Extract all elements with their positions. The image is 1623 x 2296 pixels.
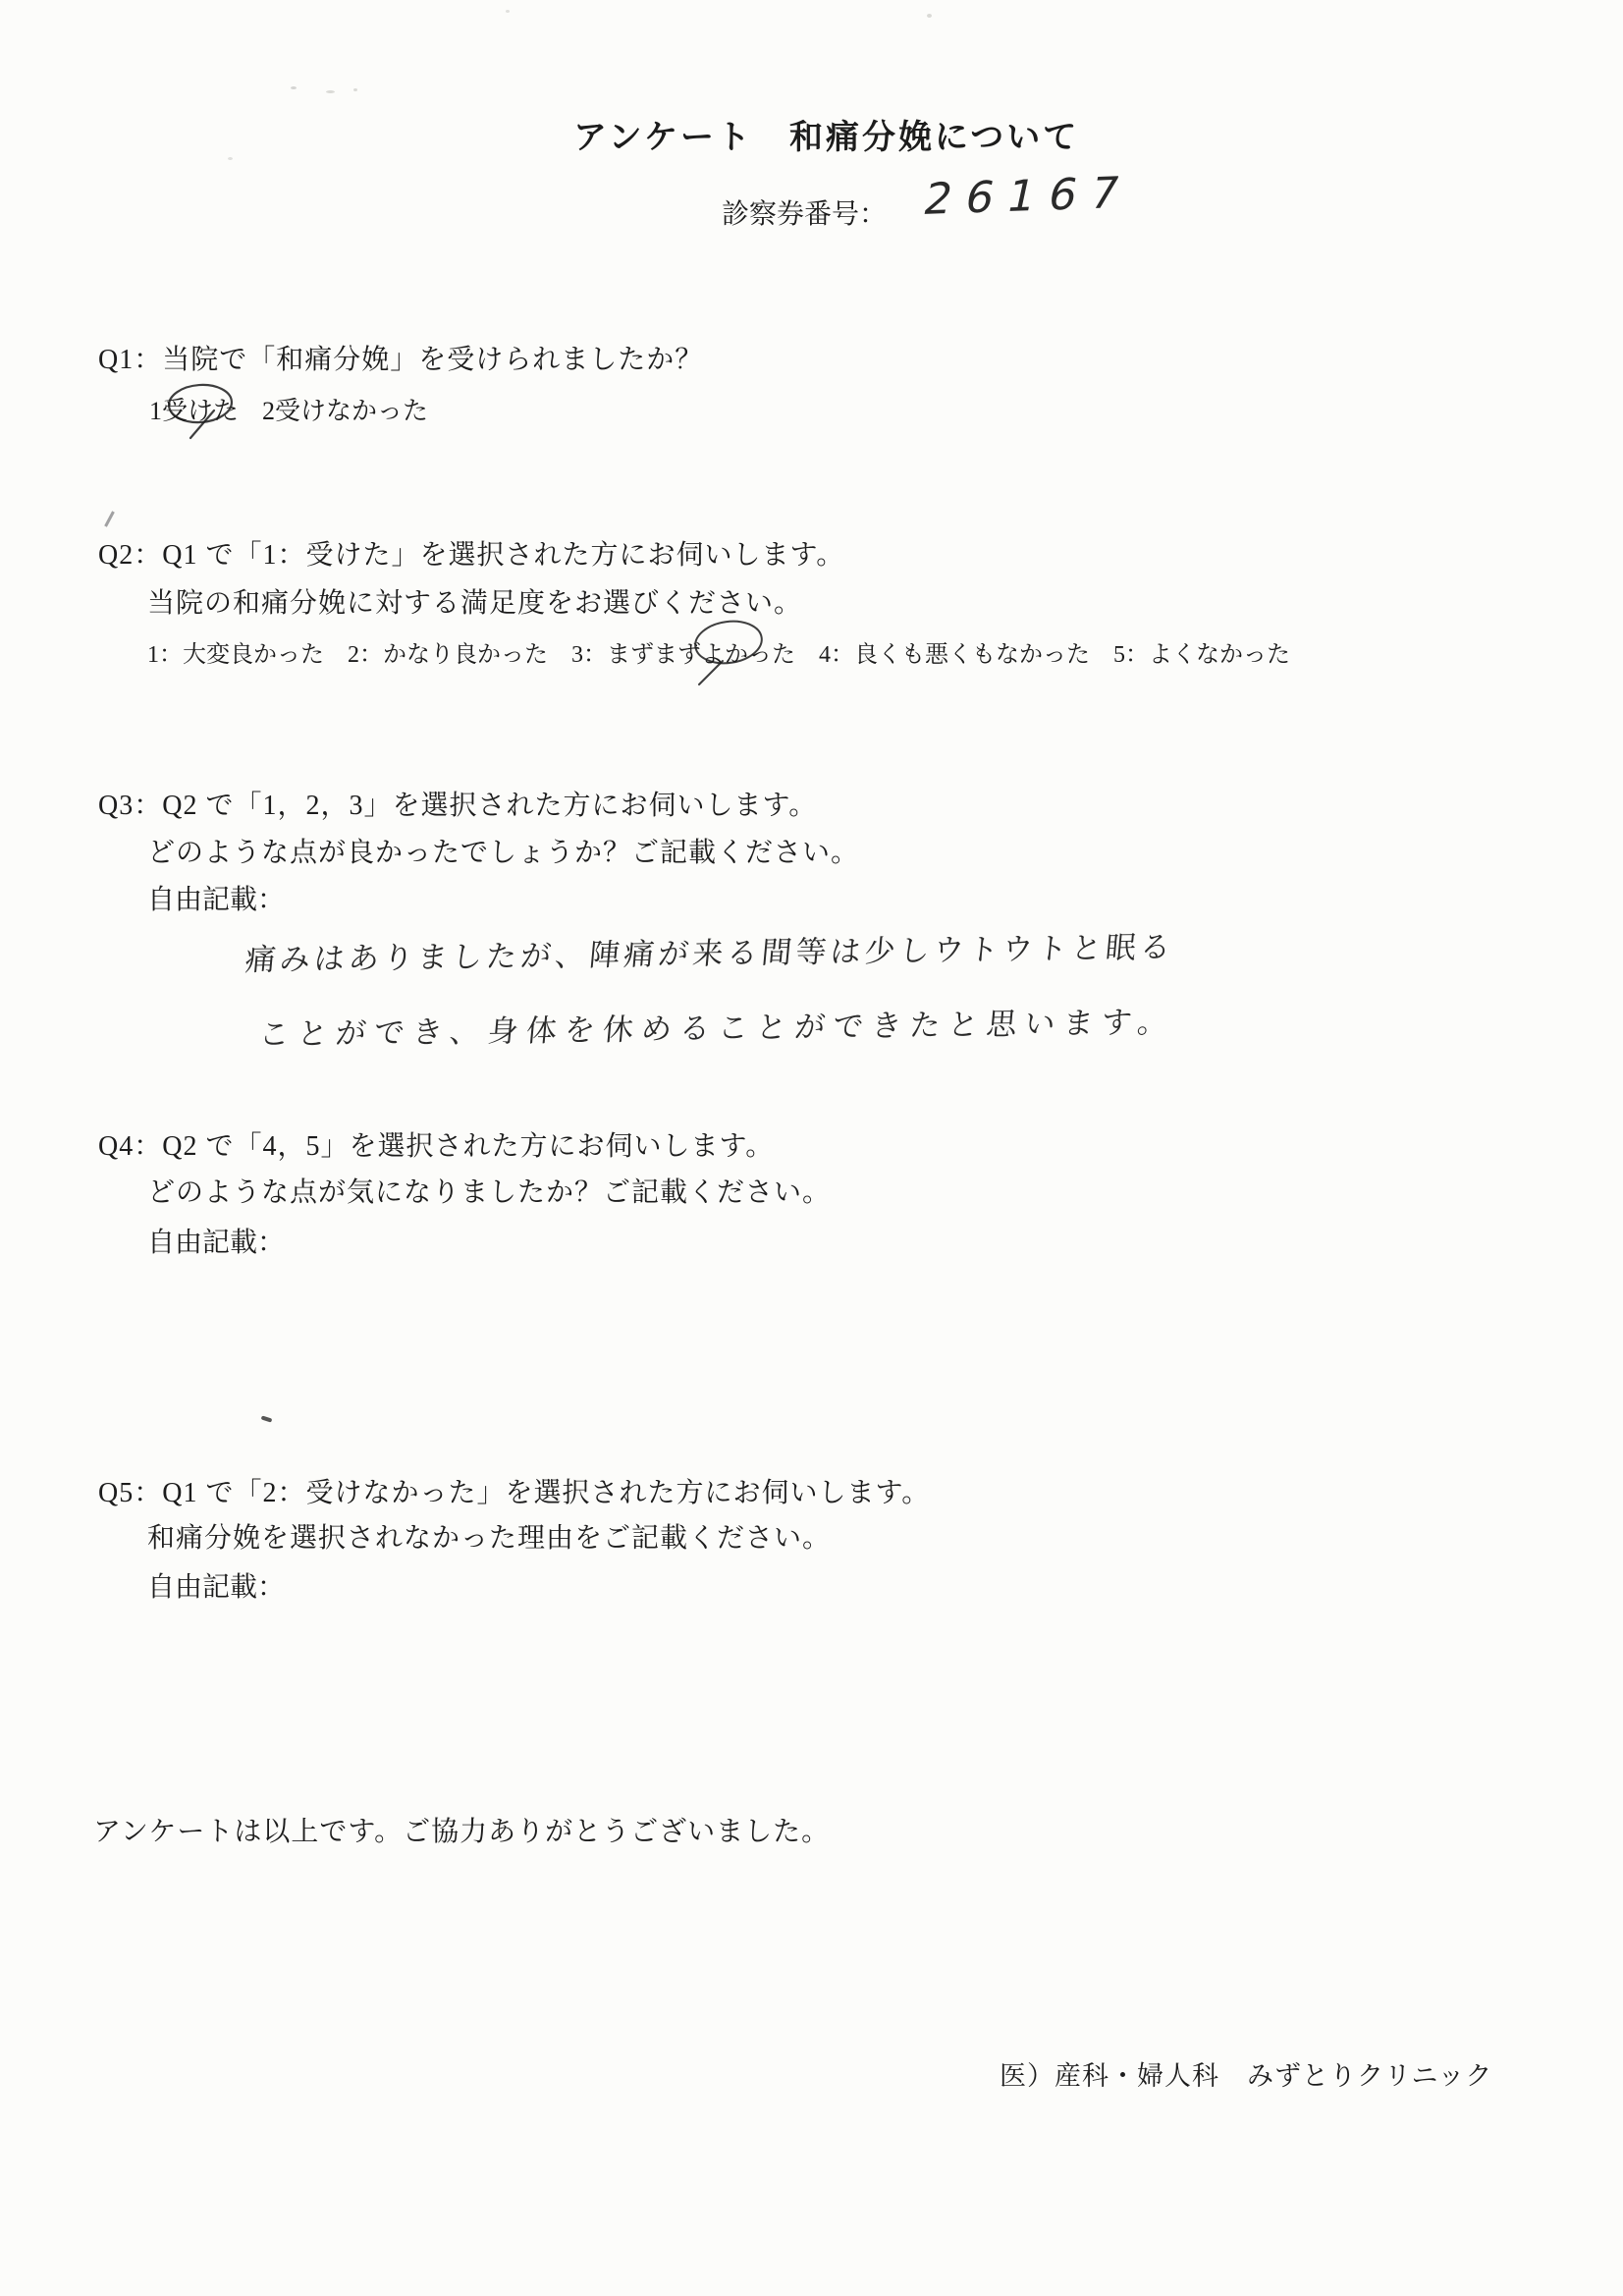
q2-option-1: 1：大変良かった bbox=[147, 634, 324, 669]
closing-text: アンケートは以上です。ご協力ありがとうございました。 bbox=[93, 1810, 830, 1849]
q3-handwritten-answer-line2: ことができ、身体を休めることができたと思います。 bbox=[257, 997, 1178, 1054]
scan-speck bbox=[291, 86, 297, 89]
q1-heading: Q1：当院で「和痛分娩」を受けられましたか？ bbox=[98, 338, 703, 377]
clinic-name-footer: 医）産科・婦人科 みずとりクリニック bbox=[1000, 2054, 1492, 2093]
q1-options-row: 1受けた 2受けなかった bbox=[149, 391, 428, 427]
q3-free-entry-label: 自由記載： bbox=[147, 878, 285, 917]
q5-subheading: 和痛分娩を選択されなかった理由をご記載ください。 bbox=[147, 1516, 831, 1556]
q2-options-row: 1：大変良かった 2：かなり良かった 3：まずまずよかった 4：良くも悪くもなか… bbox=[147, 634, 1290, 669]
q4-heading: Q4：Q2 で「4，5」を選択された方にお伺いします。 bbox=[98, 1124, 774, 1164]
page-title: アンケート 和痛分娩について bbox=[573, 110, 1079, 158]
scan-speck bbox=[326, 90, 335, 93]
q3-handwritten-answer-line1: 痛みはありましたが、陣痛が来る間等は少しウトウトと眠る bbox=[243, 922, 1176, 979]
q1-option-2: 2受けなかった bbox=[262, 391, 428, 427]
q1-option-1: 1受けた bbox=[149, 391, 239, 427]
q2-heading: Q2：Q1 で「1：受けた」を選択された方にお伺いします。 bbox=[98, 533, 844, 573]
card-number-handwritten-value: 26167 bbox=[919, 168, 1138, 225]
scanned-questionnaire-page: アンケート 和痛分娩について 診察券番号： 26167 Q1：当院で「和痛分娩」… bbox=[0, 0, 1623, 2296]
pen-stroke-mark bbox=[104, 511, 115, 526]
q4-free-entry-label: 自由記載： bbox=[147, 1221, 285, 1260]
q4-subheading: どのような点が気になりましたか？ご記載ください。 bbox=[147, 1171, 831, 1210]
q2-option-2: 2：かなり良かった bbox=[348, 634, 548, 669]
pen-speck bbox=[261, 1415, 273, 1422]
scan-speck bbox=[228, 157, 233, 160]
q2-subheading: 当院の和痛分娩に対する満足度をお選びください。 bbox=[147, 581, 802, 621]
q5-heading: Q5：Q1 で「2：受けなかった」を選択された方にお伺いします。 bbox=[98, 1471, 930, 1510]
q2-option-5: 5：よくなかった bbox=[1113, 634, 1290, 669]
scan-speck bbox=[927, 14, 932, 18]
scan-speck bbox=[506, 10, 510, 13]
scan-speck bbox=[353, 88, 357, 91]
q3-subheading: どのような点が良かったでしょうか？ご記載ください。 bbox=[147, 831, 859, 870]
q2-option-4: 4：良くも悪くもなかった bbox=[819, 634, 1090, 669]
q3-heading: Q3：Q2 で「1，2，3」を選択された方にお伺いします。 bbox=[98, 784, 817, 823]
card-number-label: 診察券番号： bbox=[722, 192, 887, 232]
q5-free-entry-label: 自由記載： bbox=[147, 1565, 285, 1605]
q2-option-3: 3：まずまずよかった bbox=[571, 634, 795, 669]
